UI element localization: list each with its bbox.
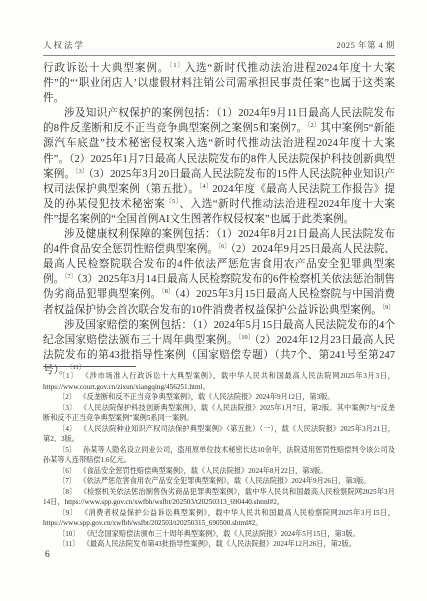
footnote: 〔9〕《消费者权益保护公益诉讼典型案例》，载中华人民共和国最高人民检察院网202…: [43, 508, 395, 529]
footnote-label: 〔2〕: [58, 393, 83, 401]
footnote: 〔7〕《依法严惩危害食用农产品安全犯罪典型案例》，载《人民法院报》2024年9月…: [43, 476, 395, 487]
footnote-marker: 〔8〕: [161, 288, 174, 295]
footnote-label: 〔9〕: [58, 509, 84, 517]
body-paragraph: 涉及健康权利保障的案例包括：（1）2024年8月21日最高人民法院发布的4件食品…: [43, 227, 395, 318]
footnote: 〔8〕《检察机关依法惩治制售伪劣商品犯罪典型案例》，载中华人民共和国最高人民检察…: [43, 487, 395, 508]
page-number: 6: [45, 550, 50, 560]
footnote: 〔2〕《反垄断和反不正当竞争典型案例》，载《人民法院报》2024年9月12日，第…: [43, 392, 395, 403]
footnote-marker: 〔5〕: [165, 198, 179, 205]
footnote-label: 〔6〕: [58, 467, 83, 475]
running-header: 人权法学 2025 年第 4 期: [43, 39, 395, 51]
footnotes-section: 〔1〕《涉市场准入行政诉讼十大典型案例》，载中华人民共和国最高人民法院网2025…: [43, 371, 395, 550]
footnote: 〔1〕《涉市场准入行政诉讼十大典型案例》，载中华人民共和国最高人民法院网2025…: [43, 371, 395, 392]
issue-label: 2025 年第 4 期: [336, 39, 395, 51]
header-rule: [43, 55, 395, 56]
footnote-marker: 〔7〕: [64, 273, 77, 280]
footnote-label: 〔7〕: [58, 477, 83, 485]
footnote-marker: 〔4〕: [199, 183, 212, 190]
main-text: 行政诉讼十大典型案例。〔1〕入选“新时代推动法治进程2024年度十大案件”的“‘…: [43, 61, 395, 378]
body-paragraph: 涉及知识产权保护的案例包括：（1）2024年9月11日最高人民法院发布的8件反垄…: [43, 106, 395, 227]
footnote-label: 〔10〕: [58, 530, 87, 538]
footnote: 〔3〕《人民法院保护科技创新典型案例》，载《人民法院报》2025年1月7日，第2…: [43, 403, 395, 424]
footnote-label: 〔3〕: [58, 404, 83, 412]
journal-title: 人权法学: [43, 39, 85, 51]
footnote-marker: 〔10〕: [238, 334, 254, 341]
footnote-marker: 〔3〕: [75, 168, 88, 175]
footnote: 〔10〕《纪念国家赔偿法颁布三十周年典型案例》，载《人民法院报》2024年5月1…: [43, 529, 395, 540]
footnote-label: 〔5〕: [58, 446, 83, 454]
footnote: 〔6〕《食品安全惩罚性赔偿典型案例》，载《人民法院报》2024年8月22日，第3…: [43, 466, 395, 477]
footnote-label: 〔1〕: [58, 372, 85, 380]
footnote-marker: 〔6〕: [218, 243, 231, 250]
footnote-marker: 〔9〕: [382, 304, 395, 311]
body-paragraph: 涉及国家赔偿的案例包括：（1）2024年5月15日最高人民法院发布的4个纪念国家…: [43, 318, 395, 378]
footnote-separator: [43, 366, 136, 367]
footnote: 〔5〕孙某等人隐名设立同业公司，盗用原单位技术秘密长达10余年，法院适用惩罚性赔…: [43, 445, 395, 466]
footnote-label: 〔11〕: [58, 540, 86, 548]
footnote-marker: 〔11〕: [69, 364, 85, 371]
footnote-marker: 〔2〕: [307, 122, 320, 129]
journal-page: 人权法学 2025 年第 4 期 行政诉讼十大典型案例。〔1〕入选“新时代推动法…: [0, 0, 427, 601]
footnote: 〔11〕《最高人民法院发布第43批指导性案例》，载《人民法院报》2024年12月…: [43, 539, 395, 550]
footnote: 〔4〕《人民法院种业知识产权司法保护典型案例》（第五批）（一），载《人民法院报》…: [43, 424, 395, 445]
footnote-label: 〔8〕: [58, 488, 83, 496]
body-paragraph: 行政诉讼十大典型案例。〔1〕入选“新时代推动法治进程2024年度十大案件”的“‘…: [43, 61, 395, 106]
footnote-label: 〔4〕: [58, 425, 83, 433]
footnote-marker: 〔1〕: [169, 62, 184, 69]
